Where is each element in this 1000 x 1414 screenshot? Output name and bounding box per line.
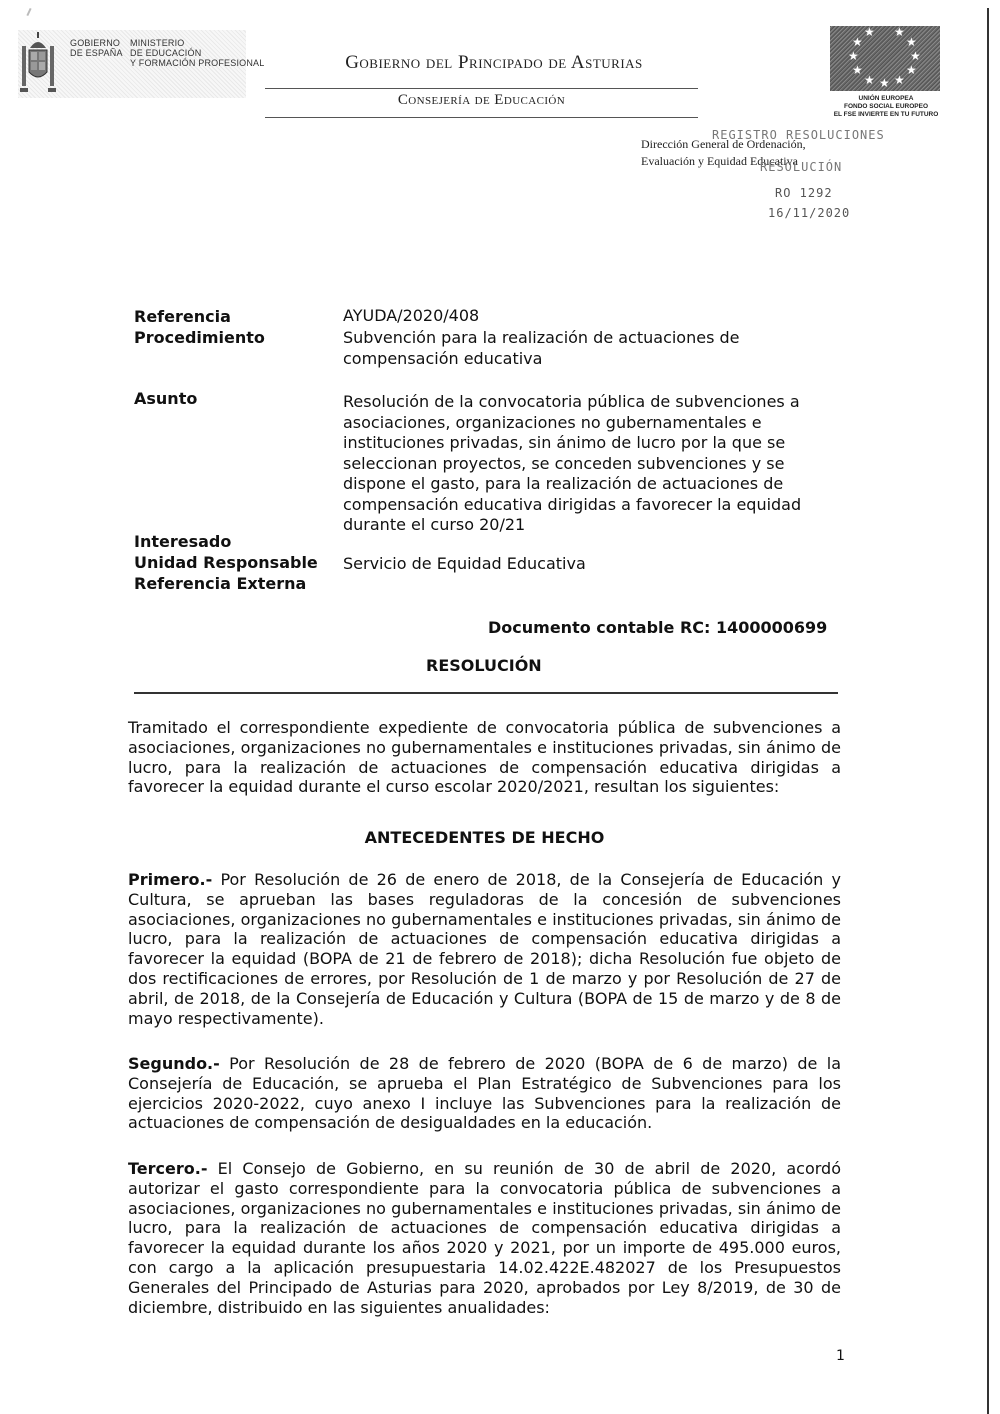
meta-value-procedimiento: Subvención para la realización de actuac… [343,328,773,369]
antecedentes-heading: ANTECEDENTES DE HECHO [128,828,841,847]
registry-stamp-line2: RESOLUCIÓN [760,160,842,174]
gobierno-espana-text: GOBIERNO DE ESPAÑA [70,38,123,58]
antecedente-text: El Consejo de Gobierno, en su reunión de… [128,1159,841,1317]
eu-line-2: FONDO SOCIAL EUROPEO [812,103,960,111]
meta-value-referencia: AYUDA/2020/408 [343,306,833,327]
header-rule-bottom [265,117,698,118]
antecedente-tercero: Tercero.- El Consejo de Gobierno, en su … [128,1159,841,1317]
eu-line-3: EL FSE INVIERTE EN TU FUTURO [812,111,960,119]
antecedente-lead: Primero.- [128,870,212,889]
registry-stamp-date: 16/11/2020 [768,206,850,220]
department-title: Consejería de Educación [265,92,698,109]
educacion-line: DE EDUCACIÓN [130,48,264,58]
eu-flag-icon: ★ ★ ★ ★ ★ ★ ★ ★ ★ ★ ★ [830,26,940,91]
page-number: 1 [836,1348,845,1364]
antecedente-text: Por Resolución de 28 de febrero de 2020 … [128,1054,841,1132]
meta-value-unidad-responsable: Servicio de Equidad Educativa [343,554,833,575]
eu-logo-caption: UNIÓN EUROPEA FONDO SOCIAL EUROPEO EL FS… [812,95,960,119]
resolucion-rule [134,692,838,694]
ministerio-line: MINISTERIO [130,38,264,48]
gobierno-line: GOBIERNO [70,38,123,48]
antecedente-primero: Primero.- Por Resolución de 26 de enero … [128,870,841,1028]
government-title: Gobierno del Principado de Asturias [270,52,718,74]
antecedente-segundo: Segundo.- Por Resolución de 28 de febrer… [128,1054,841,1133]
formacion-line: Y FORMACIÓN PROFESIONAL [130,58,264,68]
page-edge-line [987,8,989,1414]
registry-stamp-number: RO 1292 [775,186,833,200]
antecedente-lead: Segundo.- [128,1054,220,1073]
scan-speck [26,8,31,16]
intro-paragraph: Tramitado el correspondiente expediente … [128,718,841,797]
documento-contable: Documento contable RC: 1400000699 [488,618,827,637]
meta-label-unidad-responsable: Unidad Responsable [134,552,318,573]
meta-value-asunto: Resolución de la convocatoria pública de… [343,392,828,536]
meta-label-asunto: Asunto [134,388,197,409]
espana-line: DE ESPAÑA [70,48,123,58]
meta-label-interesado: Interesado [134,531,231,552]
ministerio-text: MINISTERIO DE EDUCACIÓN Y FORMACIÓN PROF… [130,38,264,68]
resolucion-heading: RESOLUCIÓN [426,656,542,675]
meta-label-referencia: Referencia [134,306,231,327]
antecedente-text: Por Resolución de 26 de enero de 2018, d… [128,870,841,1028]
eu-line-1: UNIÓN EUROPEA [812,95,960,103]
meta-label-referencia-externa: Referencia Externa [134,573,306,594]
antecedente-lead: Tercero.- [128,1159,207,1178]
meta-label-procedimiento: Procedimiento [134,327,265,348]
direccion-line-1: Dirección General de Ordenación, [641,136,806,153]
coat-of-arms-icon [20,32,56,94]
header-rule-top [265,88,698,89]
